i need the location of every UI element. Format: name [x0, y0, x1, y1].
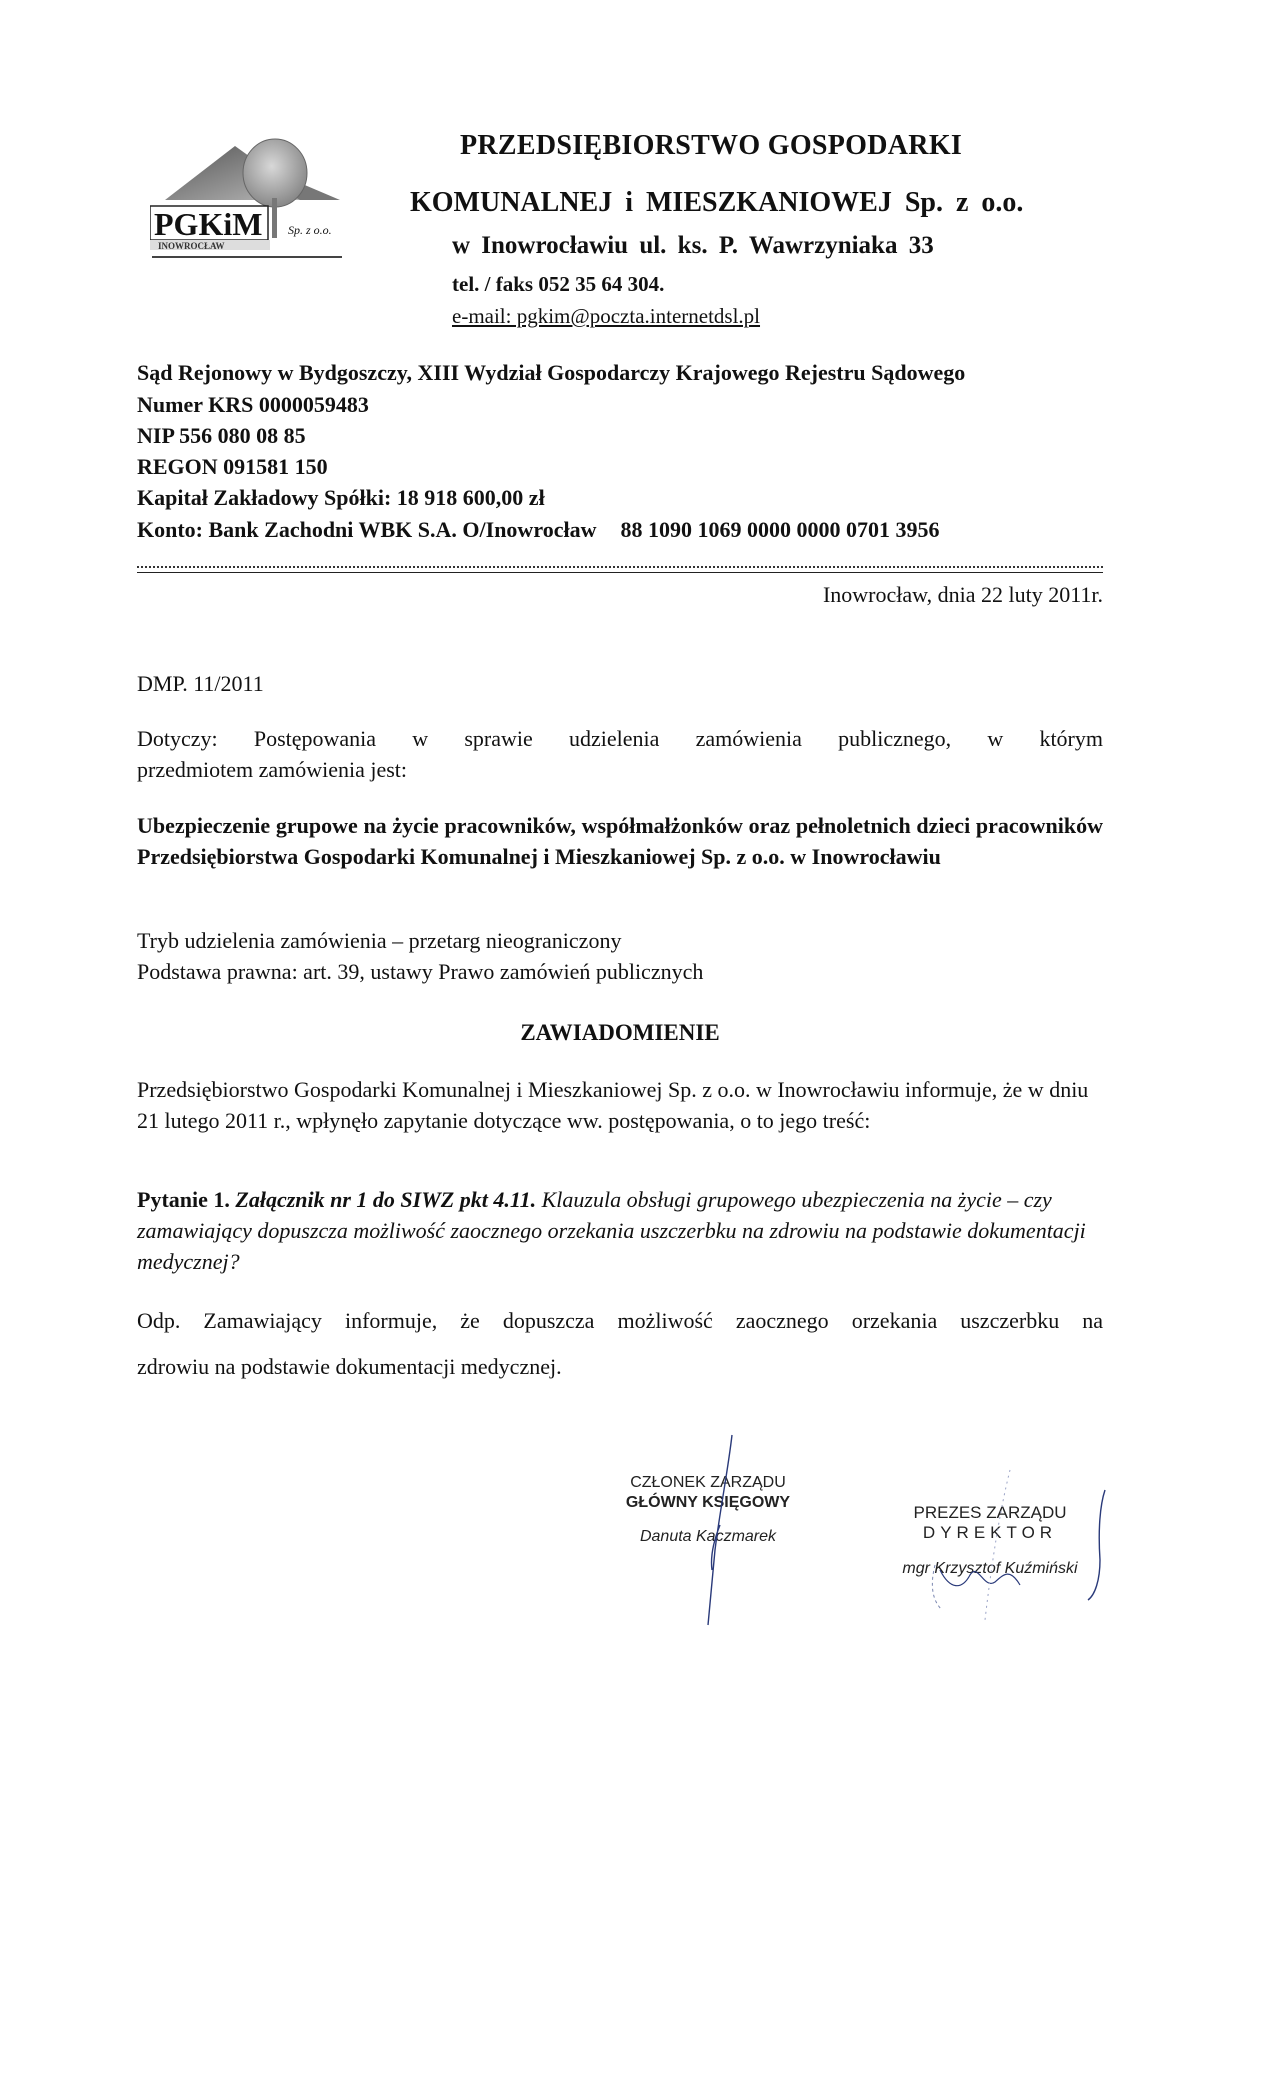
dotted-divider — [137, 566, 1103, 568]
bank-account-line: Konto: Bank Zachodni WBK S.A. O/Inowrocł… — [137, 517, 939, 543]
company-address: w Inowrocławiu ul. ks. P. Wawrzyniaka 33 — [452, 232, 934, 260]
subject-intro-line-1: Dotyczy: Postępowania w sprawie udzielen… — [137, 723, 1103, 754]
handwritten-signature-icon — [690, 1430, 750, 1630]
question-reference: Załącznik nr 1 do SIWZ pkt 4.11. — [235, 1187, 536, 1212]
legal-basis: Podstawa prawna: art. 39, ustawy Prawo z… — [137, 956, 1103, 987]
company-name-line-2: KOMUNALNEJ i MIESZKANIOWEJ Sp. z o.o. — [410, 187, 1023, 219]
notice-paragraph: Przedsiębiorstwo Gospodarki Komunalnej i… — [137, 1074, 1103, 1136]
header-divider — [137, 572, 1103, 573]
subject-intro: Dotyczy: Postępowania w sprawie udzielen… — [137, 723, 1103, 785]
company-logo: PGKiM Sp. z o.o. INOWROCŁAW — [150, 128, 350, 258]
account-number: 88 1090 1069 0000 0000 0701 3956 — [620, 517, 939, 542]
handwritten-signature-icon — [900, 1450, 1120, 1630]
company-name-line-1: PRZEDSIĘBIORSTWO GOSPODARKI — [460, 130, 962, 162]
notice-heading: ZAWIADOMIENIE — [137, 1020, 1103, 1046]
answer-paragraph: Odp. Zamawiający informuje, że dopuszcza… — [137, 1298, 1103, 1390]
subject-intro-line-2: przedmiotem zamówienia jest: — [137, 757, 407, 782]
regon-number: REGON 091581 150 — [137, 454, 328, 480]
svg-text:INOWROCŁAW: INOWROCŁAW — [158, 241, 225, 251]
question-paragraph: Pytanie 1. Załącznik nr 1 do SIWZ pkt 4.… — [137, 1184, 1103, 1277]
reference-number: DMP. 11/2011 — [137, 668, 1103, 699]
document-date: Inowrocław, dnia 22 luty 2011r. — [823, 582, 1103, 608]
krs-number: Numer KRS 0000059483 — [137, 392, 369, 418]
company-phone: tel. / faks 052 35 64 304. — [452, 272, 664, 297]
contract-subject: Ubezpieczenie grupowe na życie pracownik… — [137, 810, 1103, 872]
logo-mountain-tree-icon: PGKiM Sp. z o.o. INOWROCŁAW — [150, 128, 350, 258]
nip-number: NIP 556 080 08 85 — [137, 423, 306, 449]
question-label: Pytanie 1. — [137, 1187, 230, 1212]
svg-text:Sp. z o.o.: Sp. z o.o. — [288, 223, 332, 237]
court-registry: Sąd Rejonowy w Bydgoszczy, XIII Wydział … — [137, 360, 965, 386]
share-capital: Kapitał Zakładowy Spółki: 18 918 600,00 … — [137, 485, 545, 511]
procedure-mode: Tryb udzielenia zamówienia – przetarg ni… — [137, 925, 1103, 956]
procedure-block: Tryb udzielenia zamówienia – przetarg ni… — [137, 925, 1103, 987]
svg-text:PGKiM: PGKiM — [154, 206, 262, 242]
logo-underline — [152, 256, 342, 258]
answer-line-2: zdrowiu na podstawie dokumentacji medycz… — [137, 1354, 562, 1379]
answer-line-1: Odp. Zamawiający informuje, że dopuszcza… — [137, 1298, 1103, 1344]
bank-name: Konto: Bank Zachodni WBK S.A. O/Inowrocł… — [137, 517, 596, 542]
company-email-link[interactable]: e-mail: pgkim@poczta.internetdsl.pl — [452, 304, 760, 329]
